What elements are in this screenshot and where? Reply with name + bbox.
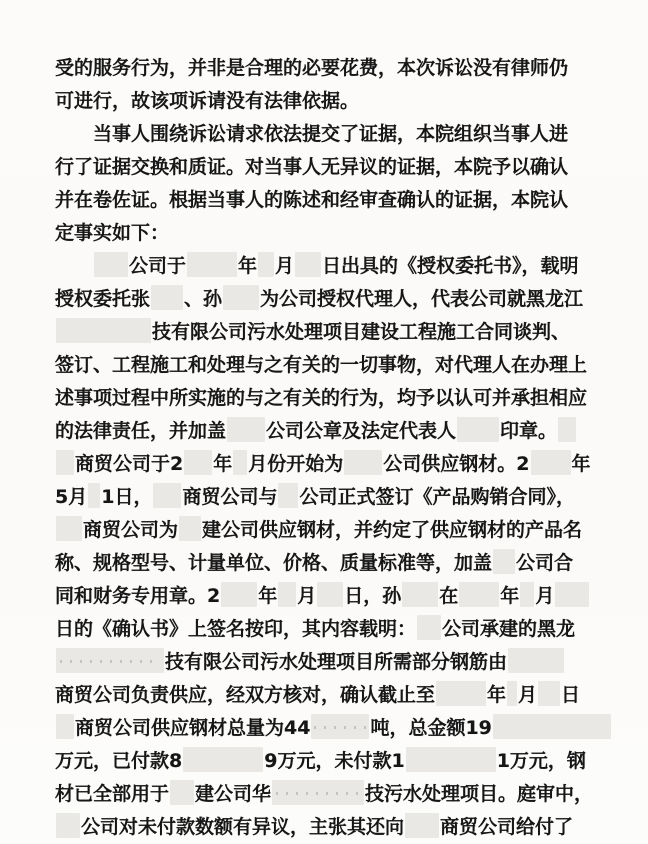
text-segment: 商贸公司供应钢材总量为44 bbox=[75, 713, 310, 740]
text-segment: 年 bbox=[487, 680, 506, 707]
text-segment: 受的服务行为，并非是合理的必要花费，本次诉讼没有律师仍 bbox=[55, 53, 568, 80]
redaction-box bbox=[295, 252, 321, 277]
text-segment: 在 bbox=[439, 581, 458, 608]
text-segment: 建公司供应钢材，并约定了供应钢材的产品名 bbox=[202, 515, 582, 542]
scanned-document-page: 受的服务行为，并非是合理的必要花费，本次诉讼没有律师仍可进行，故该项诉请没有法律… bbox=[0, 0, 648, 844]
document-text: 受的服务行为，并非是合理的必要花费，本次诉讼没有律师仍可进行，故该项诉请没有法律… bbox=[55, 50, 600, 842]
redaction-box bbox=[151, 285, 183, 310]
text-segment: 技有限公司污水处理项目建设工程施工合同谈判、 bbox=[152, 317, 570, 344]
text-segment: 称、规格型号、计量单位、价格、质量标准等，加盖 bbox=[55, 548, 492, 575]
text-line: 公司于年月日出具的《授权委托书》，载明 bbox=[55, 248, 600, 281]
text-segment: 公司公章及法定代表人 bbox=[266, 416, 456, 443]
text-line: 日的《确认书》上签名按印，其内容载明：公司承建的黑龙 bbox=[55, 611, 600, 644]
text-segment: 日，孙 bbox=[344, 581, 401, 608]
redaction-box bbox=[508, 648, 564, 673]
text-line: 并在卷佐证。根据当事人的陈述和经审查确认的证据，本院认 bbox=[55, 182, 600, 215]
text-line: 行了证据交换和质证。对当事人无异议的证据，本院予以确认 bbox=[55, 149, 600, 182]
text-segment: 吨，总金额19 bbox=[370, 713, 491, 740]
text-segment: 年 bbox=[500, 581, 519, 608]
text-segment: 定事实如下： bbox=[55, 218, 169, 245]
redaction-box bbox=[272, 780, 364, 805]
redaction-box bbox=[457, 417, 499, 442]
text-line: 商贸公司于2年月份开始为公司供应钢材。2年 bbox=[55, 446, 600, 479]
text-line: 称、规格型号、计量单位、价格、质量标准等，加盖公司合 bbox=[55, 545, 600, 578]
text-line: 技有限公司污水处理项目建设工程施工合同谈判、 bbox=[55, 314, 600, 347]
text-segment: 商贸公司负责供应，经双方核对，确认截止至 bbox=[55, 680, 435, 707]
text-line: 同和财务专用章。2年月日，孙在年月 bbox=[55, 578, 600, 611]
text-segment: 万元，已付款8 bbox=[55, 746, 182, 773]
text-segment: 建公司华 bbox=[195, 779, 271, 806]
redaction-box bbox=[278, 582, 296, 607]
text-line: 当事人围绕诉讼请求依法提交了证据，本院组织当事人进 bbox=[55, 116, 600, 149]
text-segment: 的法律责任，并加盖 bbox=[55, 416, 226, 443]
text-segment: 月 bbox=[535, 581, 554, 608]
text-segment: 月 bbox=[297, 581, 316, 608]
text-segment: 月份开始为 bbox=[248, 449, 343, 476]
text-line: 商贸公司为建公司供应钢材，并约定了供应钢材的产品名 bbox=[55, 512, 600, 545]
text-segment: 技有限公司污水处理项目所需部分钢筋由 bbox=[165, 647, 507, 674]
redaction-box bbox=[170, 780, 194, 805]
redaction-box bbox=[56, 516, 82, 541]
text-segment: 公司于 bbox=[129, 251, 186, 278]
text-segment: 公司对未付款数额有异议，主张其还向 bbox=[81, 812, 404, 839]
text-segment: 商贸公司与 bbox=[182, 482, 277, 509]
text-segment: 印章。 bbox=[500, 416, 557, 443]
redaction-box bbox=[94, 252, 128, 277]
redaction-box bbox=[221, 582, 257, 607]
text-segment: 5月 bbox=[55, 482, 87, 509]
text-line: 签订、工程施工和处理与之有关的一切事物，对代理人在办理上 bbox=[55, 347, 600, 380]
text-segment: 商贸公司于2 bbox=[75, 449, 183, 476]
redaction-box bbox=[493, 549, 515, 574]
redaction-box bbox=[56, 318, 151, 343]
text-segment: 年 bbox=[213, 449, 232, 476]
text-segment: 1万元，钢 bbox=[497, 746, 586, 773]
redaction-box bbox=[344, 450, 382, 475]
redaction-box bbox=[531, 450, 571, 475]
text-segment: 当事人围绕诉讼请求依法提交了证据，本院组织当事人进 bbox=[93, 119, 568, 146]
text-segment: 日 bbox=[561, 680, 580, 707]
redaction-box bbox=[555, 582, 589, 607]
redaction-box bbox=[56, 450, 74, 475]
redaction-box bbox=[258, 252, 274, 277]
text-segment: 商贸公司给付了 bbox=[440, 812, 573, 839]
text-segment: 并在卷佐证。根据当事人的陈述和经审查确认的证据，本院认 bbox=[55, 185, 568, 212]
redaction-box bbox=[56, 813, 80, 838]
redaction-box bbox=[153, 483, 181, 508]
redaction-box bbox=[317, 582, 343, 607]
redaction-box bbox=[417, 615, 441, 640]
text-segment: 商贸公司为 bbox=[83, 515, 178, 542]
text-line: 述事项过程中所实施的与之有关的行为，均予以认可并承担相应 bbox=[55, 380, 600, 413]
text-line: 的法律责任，并加盖公司公章及法定代表人印章。 bbox=[55, 413, 600, 446]
text-line: 5月1日，商贸公司与公司正式签订《产品购销合同》， bbox=[55, 479, 600, 512]
text-line: 授权委托张、孙为公司授权代理人，代表公司就黑龙江 bbox=[55, 281, 600, 314]
text-segment: 可进行，故该项诉请没有法律依据。 bbox=[55, 86, 359, 113]
redaction-box bbox=[179, 516, 201, 541]
redaction-box bbox=[233, 450, 247, 475]
redaction-box bbox=[187, 252, 237, 277]
redaction-box bbox=[278, 483, 298, 508]
text-segment: 技污水处理项目。庭审中， bbox=[365, 779, 593, 806]
text-segment: 、孙 bbox=[184, 284, 222, 311]
text-segment: 签订、工程施工和处理与之有关的一切事物，对代理人在办理上 bbox=[55, 350, 587, 377]
text-segment: 日的《确认书》上签名按印，其内容载明： bbox=[55, 614, 416, 641]
text-segment: 公司承建的黑龙 bbox=[442, 614, 575, 641]
redaction-box bbox=[184, 450, 212, 475]
redaction-box bbox=[405, 813, 439, 838]
text-segment: 年 bbox=[572, 449, 591, 476]
text-segment: 同和财务专用章。2 bbox=[55, 581, 220, 608]
redaction-box bbox=[223, 285, 259, 310]
text-line: 技有限公司污水处理项目所需部分钢筋由 bbox=[55, 644, 600, 677]
redaction-box bbox=[493, 714, 611, 739]
text-segment: 9万元，未付款1 bbox=[264, 746, 404, 773]
text-segment: 年 bbox=[238, 251, 257, 278]
redaction-box bbox=[459, 582, 499, 607]
text-segment: 材已全部用于 bbox=[55, 779, 169, 806]
text-segment: 公司合 bbox=[516, 548, 573, 575]
redaction-box bbox=[406, 747, 496, 772]
text-segment: 年 bbox=[258, 581, 277, 608]
text-segment: 月 bbox=[275, 251, 294, 278]
redaction-box bbox=[311, 714, 369, 739]
redaction-box bbox=[56, 714, 74, 739]
redaction-box bbox=[56, 648, 164, 673]
redaction-box bbox=[183, 747, 263, 772]
redaction-box bbox=[227, 417, 265, 442]
text-segment: 日出具的《授权委托书》，载明 bbox=[322, 251, 579, 278]
text-segment: 授权委托张 bbox=[55, 284, 150, 311]
text-segment: 为公司授权代理人，代表公司就黑龙江 bbox=[260, 284, 583, 311]
text-line: 材已全部用于建公司华技污水处理项目。庭审中， bbox=[55, 776, 600, 809]
text-line: 可进行，故该项诉请没有法律依据。 bbox=[55, 83, 600, 116]
text-segment: 公司正式签订《产品购销合同》， bbox=[299, 482, 575, 509]
text-line: 受的服务行为，并非是合理的必要花费，本次诉讼没有律师仍 bbox=[55, 50, 600, 83]
text-segment: 述事项过程中所实施的与之有关的行为，均予以认可并承担相应 bbox=[55, 383, 587, 410]
text-line: 商贸公司负责供应，经双方核对，确认截止至年月日 bbox=[55, 677, 600, 710]
text-segment: 行了证据交换和质证。对当事人无异议的证据，本院予以确认 bbox=[55, 152, 568, 179]
redaction-box bbox=[436, 681, 486, 706]
redaction-box bbox=[538, 681, 560, 706]
text-line: 万元，已付款89万元，未付款11万元，钢 bbox=[55, 743, 600, 776]
redaction-box bbox=[558, 417, 576, 442]
redaction-box bbox=[507, 681, 517, 706]
text-segment: 1日， bbox=[101, 482, 152, 509]
redaction-box bbox=[88, 483, 100, 508]
text-line: 定事实如下： bbox=[55, 215, 600, 248]
text-segment: 公司供应钢材。2 bbox=[383, 449, 529, 476]
redaction-box bbox=[520, 582, 534, 607]
text-line: 公司对未付款数额有异议，主张其还向商贸公司给付了 bbox=[55, 809, 600, 842]
text-segment: 月 bbox=[518, 680, 537, 707]
text-line: 商贸公司供应钢材总量为44吨，总金额19 bbox=[55, 710, 600, 743]
redaction-box bbox=[402, 582, 438, 607]
